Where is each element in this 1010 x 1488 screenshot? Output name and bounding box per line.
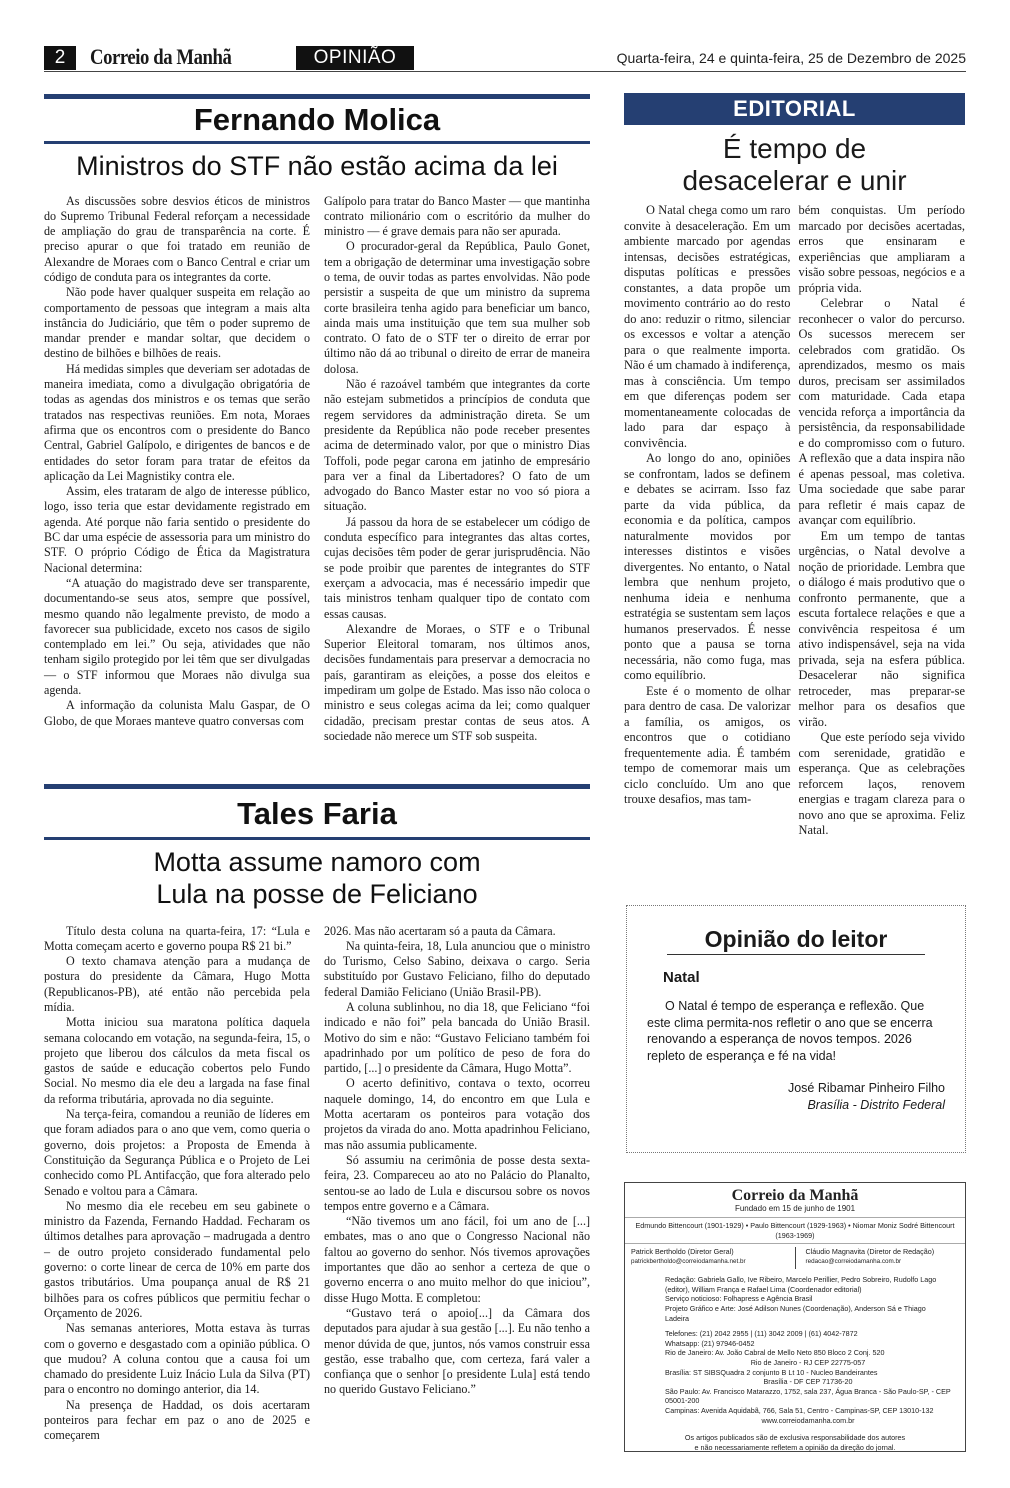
address-rio: Rio de Janeiro: Av. João Cabral de Mello… bbox=[665, 1348, 951, 1358]
staff-credits: Redação: Gabriela Gallo, Ive Ribeiro, Ma… bbox=[625, 1275, 965, 1323]
paragraph: Na presença de Haddad, os dois acertaram… bbox=[44, 1398, 310, 1444]
editorial-title: É tempo de desacelerar e unir bbox=[624, 133, 965, 197]
text-column: As discussões sobre desvios éticos de mi… bbox=[44, 194, 310, 745]
text-column: bém conquistas. Um período marcado por d… bbox=[799, 203, 966, 839]
paragraph: O texto chamava atenção para a mudança d… bbox=[44, 954, 310, 1015]
editorial-section: EDITORIAL É tempo de desacelerar e unir … bbox=[624, 93, 965, 839]
paragraph: O Natal chega como um raro convite à des… bbox=[624, 203, 791, 451]
divider-bar bbox=[44, 784, 590, 789]
paragraph: Motta iniciou sua maratona política daqu… bbox=[44, 1015, 310, 1107]
paragraph: Título desta coluna na quarta-feira, 17:… bbox=[44, 924, 310, 955]
paragraph: Este é o momento de olhar para dentro de… bbox=[624, 684, 791, 808]
paragraph: A coluna sublinhou, no dia 18, que Felic… bbox=[324, 1000, 590, 1076]
editorial-title-line1: É tempo de bbox=[624, 133, 965, 165]
staff-line: Redação: Gabriela Gallo, Ive Ribeiro, Ma… bbox=[665, 1275, 951, 1294]
column-article-faria: Tales Faria Motta assume namoro com Lula… bbox=[44, 784, 590, 1444]
paragraph: 2026. Mas não acertaram só a pauta da Câ… bbox=[324, 924, 590, 939]
disclaimer: Os artigos publicados são de exclusiva r… bbox=[625, 1433, 965, 1452]
article-headline-line1: Motta assume namoro com bbox=[44, 846, 590, 878]
contact-info: Telefones: (21) 2042 2955 | (11) 3042 20… bbox=[625, 1329, 965, 1425]
article-headline: Ministros do STF não estão acima da lei bbox=[44, 150, 590, 182]
disclaimer-line: Os artigos publicados são de exclusiva r… bbox=[625, 1433, 965, 1443]
paragraph: Já passou da hora de se estabelecer um c… bbox=[324, 515, 590, 622]
paragraph: Só assumiu na cerimônia de posse desta s… bbox=[324, 1153, 590, 1214]
paragraph: Não é razoável também que integrantes da… bbox=[324, 377, 590, 515]
text-column: Título desta coluna na quarta-feira, 17:… bbox=[44, 924, 310, 1444]
paragraph: Nas semanas anteriores, Motta estava às … bbox=[44, 1321, 310, 1397]
staff-line: Serviço noticioso: Folhapress e Agência … bbox=[665, 1294, 951, 1304]
paragraph: Galípolo para tratar do Banco Master — q… bbox=[324, 194, 590, 240]
paragraph: O acerto definitivo, contava o texto, oc… bbox=[324, 1076, 590, 1152]
divider-bar bbox=[44, 837, 590, 840]
paragraph: A informação da colunista Malu Gaspar, d… bbox=[44, 698, 310, 729]
article-headline-line2: Lula na posse de Feliciano bbox=[44, 878, 590, 910]
address-brasilia: Brasília: ST SIBSQuadra 2 conjunto B Lt … bbox=[665, 1368, 951, 1378]
paragraph: Em um tempo de tantas urgências, o Natal… bbox=[799, 529, 966, 731]
paragraph: Há medidas simples que deveriam ser adot… bbox=[44, 362, 310, 484]
paragraph: O procurador-geral da República, Paulo G… bbox=[324, 239, 590, 377]
reader-letter-subject: Natal bbox=[663, 969, 945, 986]
founders-list: Edmundo Bittencourt (1901-1929) • Paulo … bbox=[625, 1221, 965, 1240]
director-email-link[interactable]: patrickbertholdo@correiodamanha.net.br bbox=[631, 1257, 785, 1267]
issue-date: Quarta-feira, 24 e quinta-feira, 25 de D… bbox=[617, 50, 966, 66]
paragraph: “Gustavo terá o apoio[...] da Câmara dos… bbox=[324, 1306, 590, 1398]
paragraph: “Não tivemos um ano fácil, foi um ano de… bbox=[324, 1214, 590, 1306]
whatsapp: Whatsapp: (21) 97946-0452 bbox=[665, 1339, 951, 1349]
section-label: OPINIÃO bbox=[296, 46, 414, 70]
editorial-body: O Natal chega como um raro convite à des… bbox=[624, 203, 965, 839]
staff-line: Projeto Gráfico e Arte: José Adilson Nun… bbox=[665, 1304, 951, 1323]
reader-author: José Ribamar Pinheiro Filho bbox=[647, 1080, 945, 1097]
page-number: 2 bbox=[44, 46, 76, 70]
column-article-molica: Fernando Molica Ministros do STF não est… bbox=[44, 94, 590, 744]
reader-opinion-title: Opinião do leitor bbox=[667, 924, 925, 955]
masthead-logo: Correio da Manhã bbox=[90, 44, 231, 70]
director-name: Cláudio Magnavita (Diretor de Redação) bbox=[806, 1247, 960, 1257]
divider bbox=[625, 1217, 965, 1218]
expediente-logo: Correio da Manhã bbox=[625, 1188, 965, 1204]
reader-opinion-box: Opinião do leitor Natal O Natal é tempo … bbox=[626, 905, 966, 1153]
expediente-box: Correio da Manhã Fundado em 15 de junho … bbox=[624, 1182, 966, 1452]
text-column: O Natal chega como um raro convite à des… bbox=[624, 203, 791, 839]
column-author: Fernando Molica bbox=[44, 99, 590, 141]
address-campinas: Campinas: Avenida Aquidabã, 766, Sala 51… bbox=[665, 1406, 951, 1416]
reader-signature: José Ribamar Pinheiro Filho Brasília - D… bbox=[647, 1080, 945, 1114]
column-author: Tales Faria bbox=[44, 793, 590, 835]
reader-letter-text: O Natal é tempo de esperança e reflexão.… bbox=[647, 998, 945, 1064]
address-rio-cep: Rio de Janeiro - RJ CEP 22775-057 bbox=[665, 1358, 951, 1368]
paragraph: Que este período seja vivido com serenid… bbox=[799, 730, 966, 839]
paragraph: bém conquistas. Um período marcado por d… bbox=[799, 203, 966, 296]
website-link[interactable]: www.correiodamanha.com.br bbox=[665, 1416, 951, 1426]
director-email-link[interactable]: redacao@correiodamanha.com.br bbox=[806, 1257, 960, 1267]
paragraph: Na terça-feira, comandou a reunião de lí… bbox=[44, 1107, 310, 1199]
address-saopaulo: São Paulo: Av. Francisco Matarazzo, 1752… bbox=[665, 1387, 951, 1406]
editorial-title-line2: desacelerar e unir bbox=[624, 165, 965, 197]
paragraph: Assim, eles trataram de algo de interess… bbox=[44, 484, 310, 576]
paragraph: Na quinta-feira, 18, Lula anunciou que o… bbox=[324, 939, 590, 1000]
director-redacao: Cláudio Magnavita (Diretor de Redação) r… bbox=[806, 1247, 960, 1269]
directors: Patrick Bertholdo (Diretor Geral) patric… bbox=[625, 1247, 965, 1269]
paragraph: Não pode haver qualquer suspeita em rela… bbox=[44, 285, 310, 361]
paragraph: Celebrar o Natal é reconhecer o valor do… bbox=[799, 296, 966, 529]
divider bbox=[795, 1247, 796, 1269]
article-body: As discussões sobre desvios éticos de mi… bbox=[44, 194, 590, 745]
paragraph: Ao longo do ano, opiniões se confrontam,… bbox=[624, 451, 791, 684]
reader-location: Brasília - Distrito Federal bbox=[647, 1097, 945, 1114]
text-column: Galípolo para tratar do Banco Master — q… bbox=[324, 194, 590, 745]
disclaimer-line: e não necessariamente refletem a opinião… bbox=[625, 1443, 965, 1453]
paragraph: No mesmo dia ele recebeu em seu gabinete… bbox=[44, 1199, 310, 1321]
editorial-banner: EDITORIAL bbox=[624, 93, 965, 125]
text-column: 2026. Mas não acertaram só a pauta da Câ… bbox=[324, 924, 590, 1444]
article-body: Título desta coluna na quarta-feira, 17:… bbox=[44, 924, 590, 1444]
phones: Telefones: (21) 2042 2955 | (11) 3042 20… bbox=[665, 1329, 951, 1339]
director-name: Patrick Bertholdo (Diretor Geral) bbox=[631, 1247, 785, 1257]
page-header: 2 Correio da Manhã OPINIÃO Quarta-feira,… bbox=[44, 46, 966, 72]
founded-date: Fundado em 15 de junho de 1901 bbox=[625, 1204, 965, 1214]
director-general: Patrick Bertholdo (Diretor Geral) patric… bbox=[631, 1247, 785, 1269]
paragraph: As discussões sobre desvios éticos de mi… bbox=[44, 194, 310, 286]
divider-bar bbox=[44, 141, 590, 144]
address-brasilia-cep: Brasília - DF CEP 71736-20 bbox=[665, 1377, 951, 1387]
paragraph: “A atuação do magistrado deve ser transp… bbox=[44, 576, 310, 698]
paragraph: Alexandre de Moraes, o STF e o Tribunal … bbox=[324, 622, 590, 744]
divider bbox=[625, 1243, 965, 1244]
